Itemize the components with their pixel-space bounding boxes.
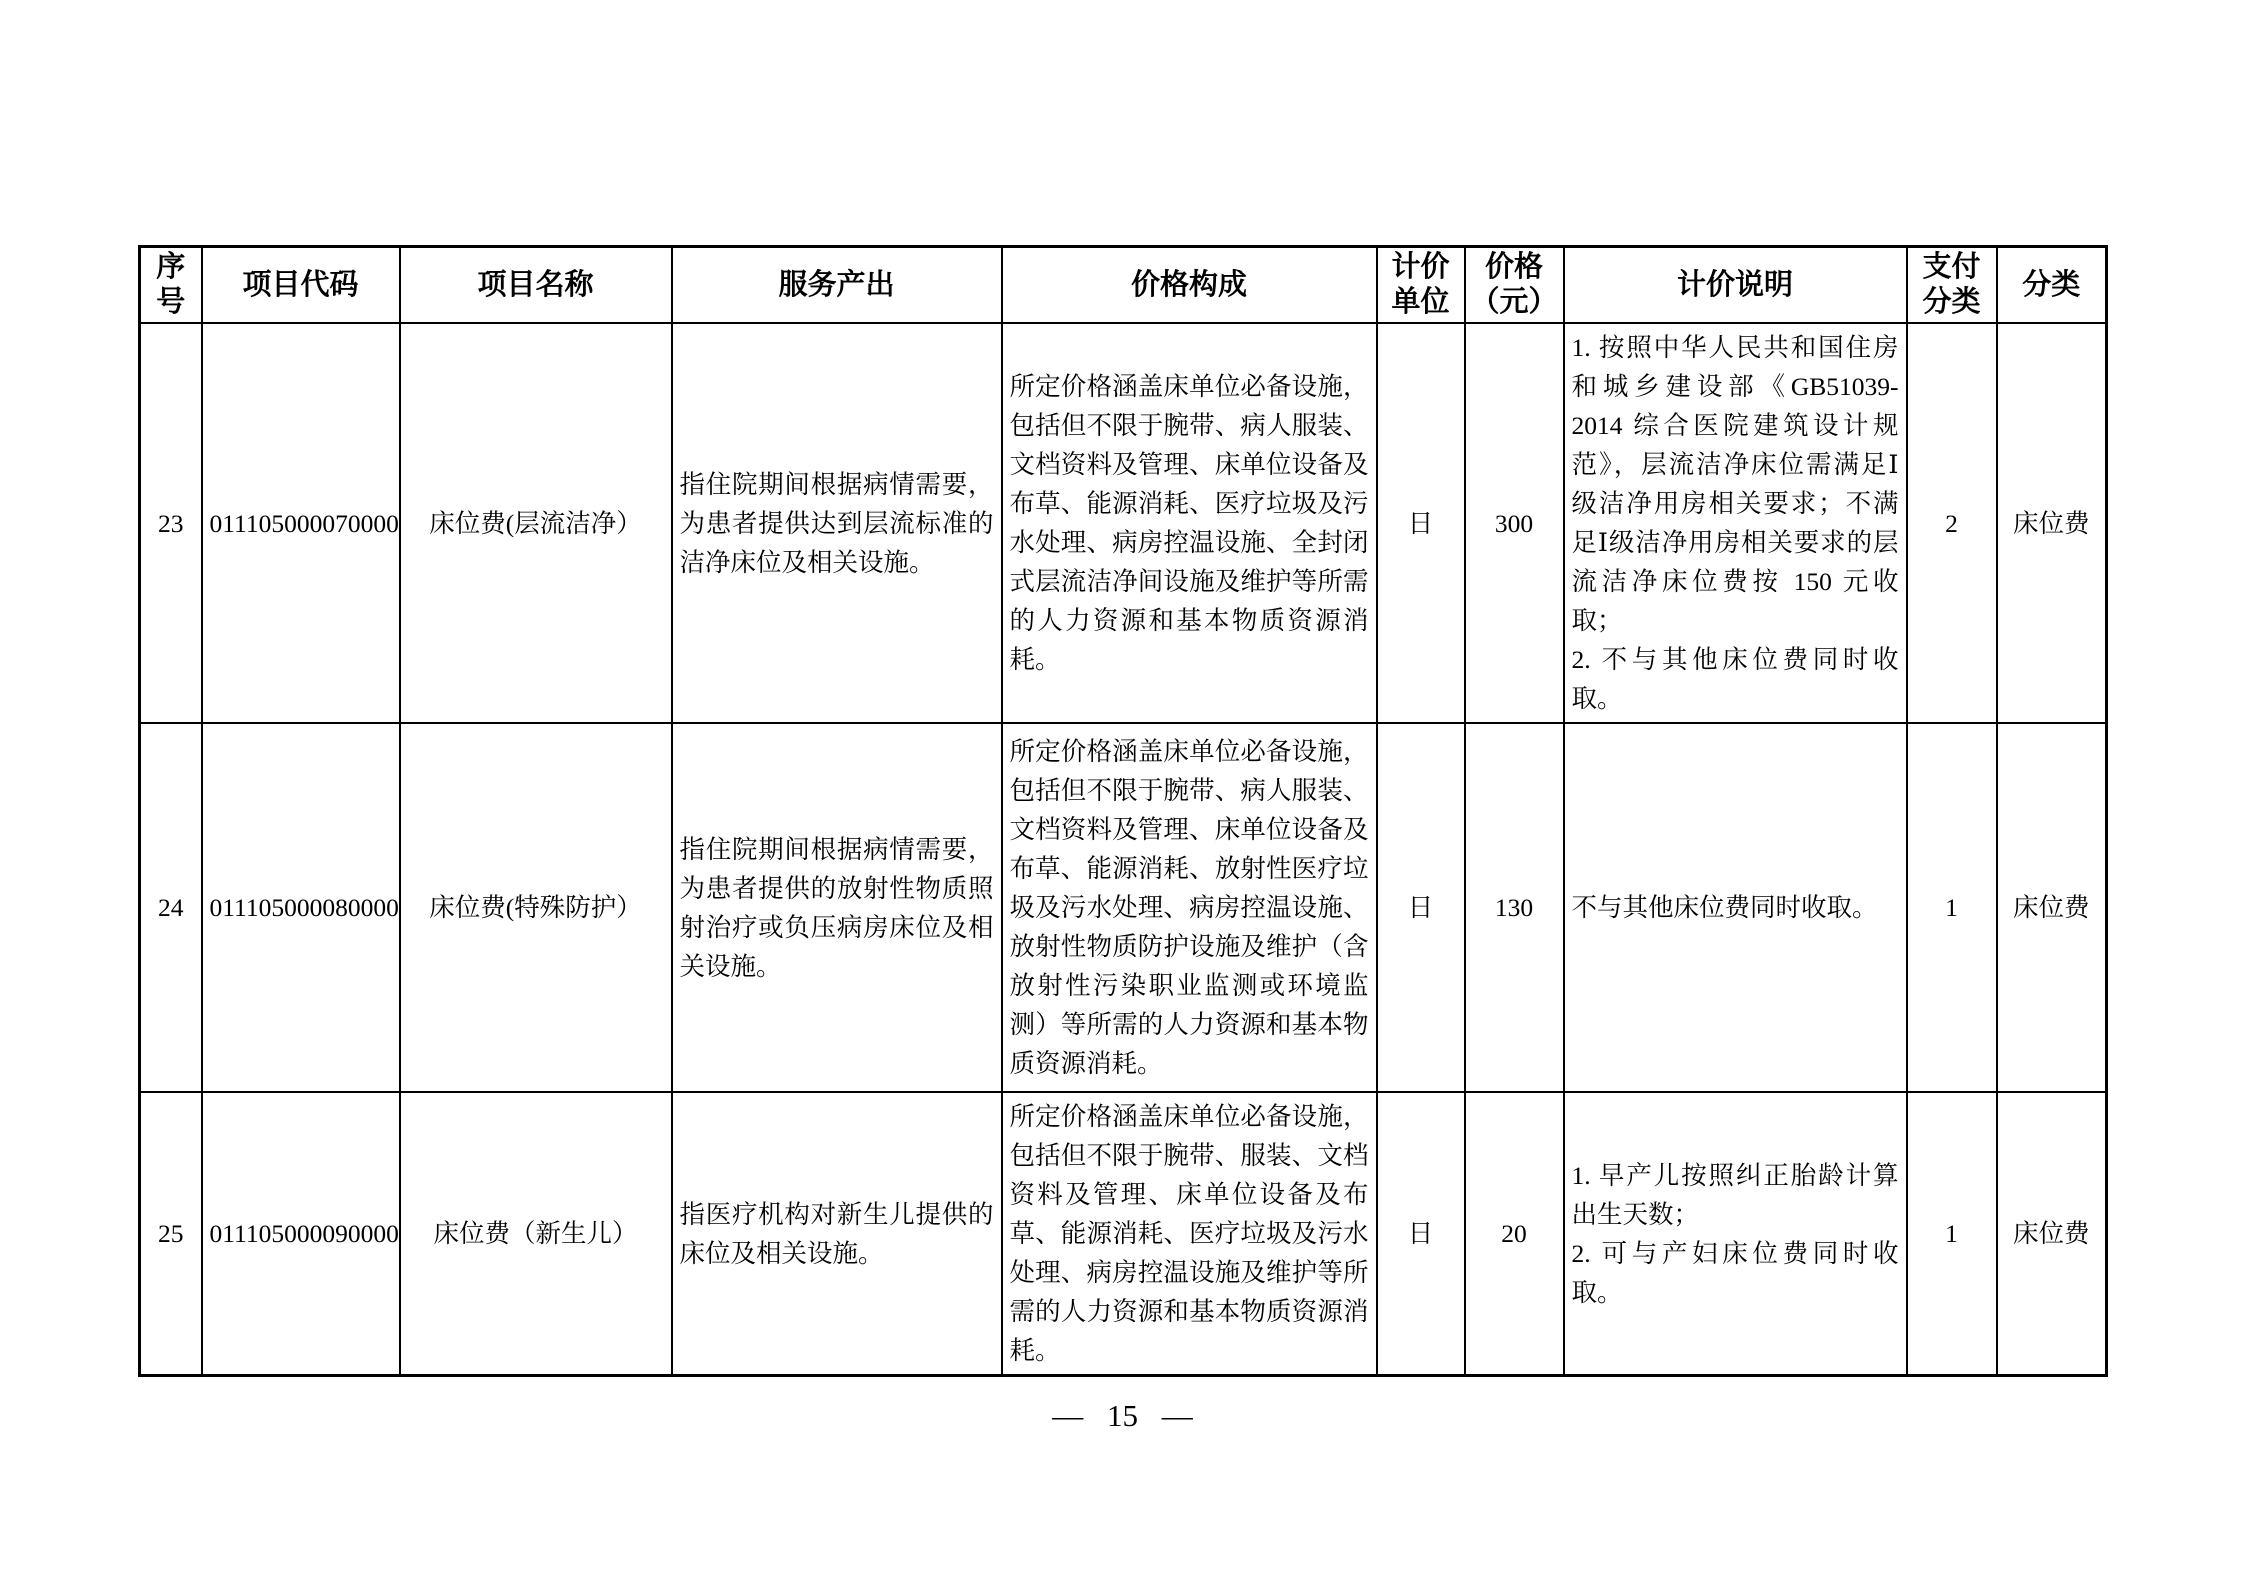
col-header-price: 价格 （元）	[1465, 247, 1564, 324]
cell-price: 20	[1465, 1092, 1564, 1376]
col-header-unit: 计价 单位	[1377, 247, 1465, 324]
col-header-service-output: 服务产出	[672, 247, 1002, 324]
cell-name: 床位费(层流洁净）	[400, 323, 672, 723]
cell-pricing-note: 1. 按照中华人民共和国住房和城乡建设部《GB51039-2014 综合医院建筑…	[1564, 323, 1907, 723]
col-header-name: 项目名称	[400, 247, 672, 324]
cell-name: 床位费(特殊防护）	[400, 723, 672, 1092]
cell-category: 床位费	[1997, 723, 2107, 1092]
cell-service-output: 指住院期间根据病情需要，为患者提供达到层流标准的洁净床位及相关设施。	[672, 323, 1002, 723]
table-header-row: 序号 项目代码 项目名称 服务产出 价格构成 计价 单位 价格 （元） 计价说明…	[140, 247, 2107, 324]
cell-price-composition: 所定价格涵盖床单位必备设施，包括但不限于腕带、病人服装、文档资料及管理、床单位设…	[1002, 323, 1377, 723]
cell-pricing-note: 1. 早产儿按照纠正胎龄计算出生天数； 2. 可与产妇床位费同时收取。	[1564, 1092, 1907, 1376]
cell-service-output: 指医疗机构对新生儿提供的床位及相关设施。	[672, 1092, 1002, 1376]
cell-pricing-note: 不与其他床位费同时收取。	[1564, 723, 1907, 1092]
cell-category: 床位费	[1997, 323, 2107, 723]
col-header-category: 分类	[1997, 247, 2107, 324]
cell-pay-class: 1	[1907, 1092, 1997, 1376]
cell-price-composition: 所定价格涵盖床单位必备设施，包括但不限于腕带、服装、文档资料及管理、床单位设备及…	[1002, 1092, 1377, 1376]
document-page: 序号 项目代码 项目名称 服务产出 价格构成 计价 单位 价格 （元） 计价说明…	[0, 0, 2245, 1587]
col-header-seq: 序号	[140, 247, 202, 324]
table-row: 25 011105000090000 床位费（新生儿） 指医疗机构对新生儿提供的…	[140, 1092, 2107, 1376]
cell-unit: 日	[1377, 323, 1465, 723]
col-header-pricing-note: 计价说明	[1564, 247, 1907, 324]
cell-pay-class: 2	[1907, 323, 1997, 723]
cell-service-output: 指住院期间根据病情需要，为患者提供的放射性物质照射治疗或负压病房床位及相关设施。	[672, 723, 1002, 1092]
cell-pay-class: 1	[1907, 723, 1997, 1092]
cell-price: 130	[1465, 723, 1564, 1092]
table-row: 24 011105000080000 床位费(特殊防护） 指住院期间根据病情需要…	[140, 723, 2107, 1092]
cell-seq: 24	[140, 723, 202, 1092]
cell-price-composition: 所定价格涵盖床单位必备设施，包括但不限于腕带、病人服装、文档资料及管理、床单位设…	[1002, 723, 1377, 1092]
pricing-table: 序号 项目代码 项目名称 服务产出 价格构成 计价 单位 价格 （元） 计价说明…	[138, 245, 2108, 1377]
cell-unit: 日	[1377, 1092, 1465, 1376]
cell-code: 011105000070000	[202, 323, 400, 723]
cell-name: 床位费（新生儿）	[400, 1092, 672, 1376]
cell-unit: 日	[1377, 723, 1465, 1092]
page-number-footer: — 15 —	[0, 1398, 2245, 1434]
cell-seq: 25	[140, 1092, 202, 1376]
cell-code: 011105000090000	[202, 1092, 400, 1376]
col-header-price-composition: 价格构成	[1002, 247, 1377, 324]
cell-price: 300	[1465, 323, 1564, 723]
col-header-pay-class: 支付 分类	[1907, 247, 1997, 324]
col-header-code: 项目代码	[202, 247, 400, 324]
cell-seq: 23	[140, 323, 202, 723]
cell-code: 011105000080000	[202, 723, 400, 1092]
cell-category: 床位费	[1997, 1092, 2107, 1376]
table-row: 23 011105000070000 床位费(层流洁净） 指住院期间根据病情需要…	[140, 323, 2107, 723]
